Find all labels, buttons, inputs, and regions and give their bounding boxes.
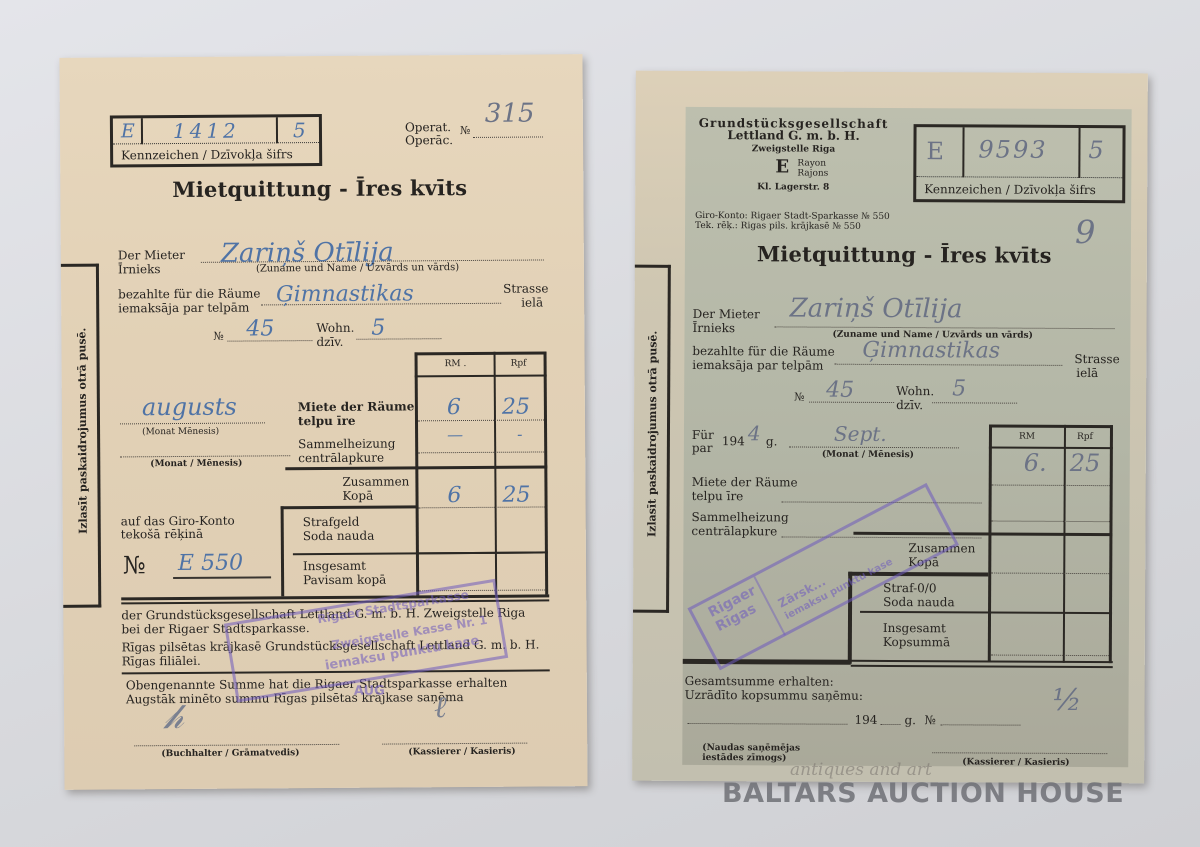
street-lv: ielā xyxy=(1076,367,1098,379)
giro-value: E 550 xyxy=(178,551,243,576)
company-address: Kl. Lagerstr. 8 xyxy=(693,182,893,193)
bank-lv-line2: Rīgas filiālei. xyxy=(122,655,201,668)
row-grand-de: Insgesamt xyxy=(303,560,366,572)
date-no-sign: № xyxy=(924,714,935,726)
stamp-date: AUG xyxy=(354,684,385,699)
row-total-rm: 6 xyxy=(447,483,461,508)
row-fine-lv: Soda nauda xyxy=(883,596,955,608)
kennzeichen-letter: E xyxy=(926,137,944,165)
col-rpf: Rpf xyxy=(1077,432,1093,442)
col-rpf: Rpf xyxy=(511,359,527,369)
row-rent-de: Miete der Räume xyxy=(298,400,415,413)
row-grand-de: Insgesamt xyxy=(883,622,946,634)
street-lv: ielā xyxy=(521,296,543,308)
side-note: Izlasīt paskaidrojumus otrā pusē. xyxy=(645,331,659,537)
row-rent-lv: telpu īre xyxy=(692,490,744,502)
row-heating-rm: — xyxy=(447,425,463,444)
row-grand-lv: Pavisam kopā xyxy=(303,574,386,587)
date-g: g. xyxy=(904,714,916,726)
row-fine-lv: Soda nauda xyxy=(303,530,375,542)
row-heating-de: Sammelheizung xyxy=(691,511,788,524)
house-no-sign: № xyxy=(794,391,804,403)
row-rent-rm: 6 xyxy=(447,395,461,420)
corner-mark: 9 xyxy=(1075,213,1096,251)
col-rm: RM xyxy=(1019,432,1035,442)
street-de: Strasse xyxy=(503,282,548,294)
sign-right-label: (Kassierer / Kasieris) xyxy=(962,757,1069,768)
period-month-value: Sept. xyxy=(834,422,887,446)
receipt-title: Mietquittung - Īres kvīts xyxy=(172,175,467,202)
month-value: augusts xyxy=(142,393,237,422)
kennzeichen-letter: E xyxy=(121,120,135,142)
giro-label-lv: tekošā rēķinā xyxy=(121,528,203,541)
tenant-label-de: Der Mieter xyxy=(693,308,760,320)
operat-label-lv: Operāc. xyxy=(405,134,453,146)
kennzeichen-number: 1412 xyxy=(173,119,240,143)
row-rent-de: Miete der Räume xyxy=(692,476,798,489)
kennzeichen-box: E 1412 5 Kennzeichen / Dzīvokļa šifrs xyxy=(110,114,322,167)
sign-left-label: (Buchhalter / Grāmatvedis) xyxy=(161,748,299,759)
month-hint-1: (Monat Mēnesis) xyxy=(142,427,219,438)
date-year-prefix: 194 xyxy=(854,714,877,726)
tenant-value: Zariņš Otīlija xyxy=(790,293,963,324)
wohn-label-de: Wohn. xyxy=(896,385,934,397)
period-label-lv: par xyxy=(692,442,713,454)
kennzeichen-apt: 5 xyxy=(1088,136,1103,164)
period-year-prefix: 194 xyxy=(722,435,745,447)
tenant-label-de: Der Mieter xyxy=(118,249,185,261)
premises-label-de: bezahlte für die Räume xyxy=(118,287,260,300)
company-name-2: Lettland G. m. b. H. xyxy=(693,129,893,142)
receipt-title: Mietquittung - Īres kvīts xyxy=(757,241,1052,268)
tenant-hint: (Zuname und Name / Uzvārds un vārds) xyxy=(256,263,459,274)
accountant-signature: 𝒽 xyxy=(164,697,184,737)
received-lv: Uzrādīto kopsummu saņēmu: xyxy=(685,689,863,702)
row-total-rpf: 25 xyxy=(502,483,530,508)
operat-label-de: Operat. xyxy=(405,121,451,133)
tenant-label-lv: Īrnieks xyxy=(692,322,735,334)
row-heating-de: Sammelheizung xyxy=(298,437,395,450)
rayon-lv: Rajons xyxy=(797,169,828,179)
side-note: Izlasīt paskaidrojumus otrā pusē. xyxy=(75,328,89,534)
row-heating-rpf: - xyxy=(517,425,523,444)
month-hint-2: (Monat / Mēnesis) xyxy=(150,459,242,470)
sign-right-label: (Kassierer / Kasieris) xyxy=(408,747,515,758)
row-total-lv: Kopā xyxy=(342,490,373,502)
watermark-subtitle: antiques and art xyxy=(790,760,932,780)
wohn-label-lv: dzīv. xyxy=(316,336,343,348)
operat-no-sign: № xyxy=(460,125,471,137)
kennzeichen-label: Kennzeichen / Dzīvokļa šifrs xyxy=(121,148,293,161)
company-block: Grundstücksgesellschaft Lettland G. m. b… xyxy=(693,117,893,193)
house-value: 45 xyxy=(246,316,274,341)
house-value: 45 xyxy=(826,378,854,403)
row-total-de: Zusammen xyxy=(342,475,409,487)
row-grand-lv: Kopsummā xyxy=(883,636,950,648)
row-fine-de: Strafgeld xyxy=(303,516,360,528)
row-rent-rpf: 25 xyxy=(502,395,530,420)
street-de: Strasse xyxy=(1074,353,1119,365)
row-heating-lv: centrālapkure xyxy=(691,525,777,537)
kennzeichen-apt: 5 xyxy=(293,118,306,142)
company-branch: Zweigstelle Riga xyxy=(693,144,893,155)
giro-no-sign: № xyxy=(123,551,146,579)
row-rent-lv: telpu īre xyxy=(298,415,356,427)
row-rent-rpf: 25 xyxy=(1070,449,1101,477)
received-de: Gesamtsumme erhalten: xyxy=(685,675,834,688)
pencil-mark: ½ xyxy=(1052,683,1081,718)
premises-value: Ģimnastikas xyxy=(276,281,414,307)
rayon-letter: E xyxy=(775,156,789,177)
company-giro-lv: Tek. rēķ.: Rigas pils. krājkasē № 550 xyxy=(695,221,861,232)
premises-label-lv: iemaksāja par telpām xyxy=(692,359,823,372)
premises-label-de: bezahlte für die Räume xyxy=(692,345,834,358)
house-no-sign: № xyxy=(213,331,224,343)
period-g: g. xyxy=(766,435,778,447)
tenant-label-lv: Īrnieks xyxy=(118,263,161,275)
kennzeichen-label: Kennzeichen / Dzīvokļa šifrs xyxy=(924,183,1096,196)
watermark-title: BALTARS AUCTION HOUSE xyxy=(722,778,1124,809)
period-year-digit: 4 xyxy=(748,421,761,445)
operat-value: 315 xyxy=(485,99,535,129)
kennzeichen-box: E 9593 5 Kennzeichen / Dzīvokļa šifrs xyxy=(913,124,1125,203)
period-label-de: Für xyxy=(692,429,714,441)
rayon-de: Rayon xyxy=(797,159,826,169)
left-receipt: E 1412 5 Kennzeichen / Dzīvokļa šifrs Op… xyxy=(59,54,587,790)
col-rm: RM . xyxy=(445,359,467,369)
right-receipt: Izlasīt paskaidrojumus otrā pusē. Grunds… xyxy=(632,71,1148,784)
giro-label-de: auf das Giro-Konto xyxy=(121,515,235,528)
row-rent-rm: 6. xyxy=(1024,449,1047,477)
wohn-label-de: Wohn. xyxy=(316,322,354,334)
premises-label-lv: iemaksāja par telpām xyxy=(118,302,249,315)
kennzeichen-number: 9593 xyxy=(978,135,1047,163)
wohn-value: 5 xyxy=(371,316,385,341)
amount-table: RM . Rpf xyxy=(415,351,549,595)
wohn-value: 5 xyxy=(952,376,966,401)
period-month-hint: (Monat / Mēnesis) xyxy=(822,450,914,460)
row-fine-de: Straf-0/0 xyxy=(883,582,936,594)
wohn-label-lv: dzīv. xyxy=(896,399,923,411)
premises-value: Ģimnastikas xyxy=(862,338,1000,364)
row-heating-lv: centrālapkure xyxy=(298,452,384,465)
cashier-signature: ℓ xyxy=(434,690,447,725)
